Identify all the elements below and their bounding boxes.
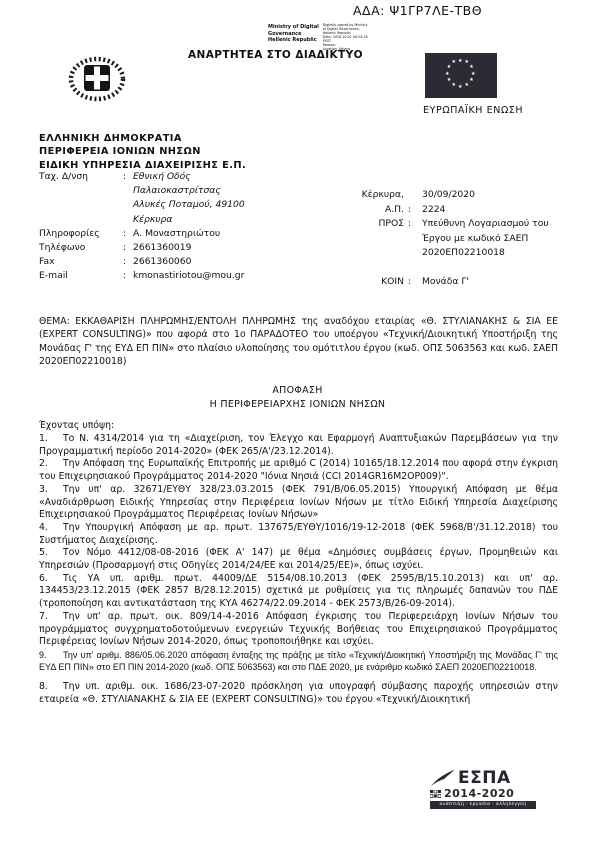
eu-star-icon: ★ <box>465 60 469 65</box>
info-value: Α. Μοναστηριώτου <box>133 227 293 241</box>
org-line-region: ΠΕΡΙΦΕΡΕΙΑ ΙΟΝΙΩΝ ΝΗΣΩΝ <box>39 145 246 158</box>
espa-swoosh-icon <box>430 769 456 787</box>
eu-star-icon: ★ <box>447 78 451 83</box>
colon-separator: : <box>408 217 422 261</box>
item-text: Την Απόφαση της Ευρωπαϊκής Επιτροπής με … <box>39 458 558 482</box>
item-text: Τις ΥΑ υπ. αριθμ. πρωτ. 44009/ΔΕ 5154/08… <box>39 573 558 609</box>
org-line-republic: ΕΛΛΗΝΙΚΗ ΔΗΜΟΚΡΑΤΙΑ <box>39 132 246 145</box>
item-text: Το Ν. 4314/2014 για τη «Διαχείριση, τον … <box>39 433 558 457</box>
eu-star-icon: ★ <box>458 59 462 64</box>
preamble-label: Έχοντας υπόψη: <box>39 420 114 431</box>
list-item: 9.Την υπ' αριθμ. 886/05.06.2020 απόφαση … <box>39 649 558 673</box>
address-line: Κέρκυρα <box>133 213 293 227</box>
eu-star-icon: ★ <box>452 83 456 88</box>
signature-authority-line: Ministry of Digital <box>268 24 319 31</box>
item-number: 1. <box>39 433 63 446</box>
eu-star-icon: ★ <box>445 72 449 77</box>
organisation-header: ΕΛΛΗΝΙΚΗ ΔΗΜΟΚΡΑΤΙΑ ΠΕΡΙΦΕΡΕΙΑ ΙΟΝΙΩΝ ΝΗ… <box>39 132 246 172</box>
protocol-block: Κέρκυρα, 30/09/2020 Α.Π. : 2224 ΠΡΟΣ : Υ… <box>338 188 562 289</box>
fax-value: 2661360060 <box>133 255 293 269</box>
list-item: 1.Το Ν. 4314/2014 για τη «Διαχείριση, το… <box>39 433 558 458</box>
greek-emblem-icon <box>68 56 126 106</box>
item-number: 7. <box>39 611 63 624</box>
eu-star-icon: ★ <box>469 65 473 70</box>
item-number: 9. <box>39 649 63 661</box>
posted-on-internet-notice: ΑΝΑΡΤΗΤΕΑ ΣΤΟ ΔΙΑΔΙΚΤΥΟ <box>188 49 363 61</box>
subject-paragraph: ΘΕΜΑ: ΕΚΚΑΘΑΡΙΣΗ ΠΛΗΡΩΜΗΣ/ΕΝΤΟΛΗ ΠΛΗΡΩΜΗ… <box>39 315 558 369</box>
colon-separator: : <box>123 255 133 269</box>
city-label: Κέρκυρα, <box>338 188 408 203</box>
email-label: E-mail <box>39 269 123 283</box>
list-item: 5.Τον Νόμο 4412/08-08-2016 (ΦΕΚ Α' 147) … <box>39 547 558 572</box>
ada-code: ΑΔΑ: Ψ1ΓΡ7ΛΕ-ΤΒΘ <box>353 3 482 18</box>
list-item: 7.Την υπ' αρ. πρωτ. οικ. 809/14-4-2016 Α… <box>39 611 558 649</box>
cc-label: ΚΟΙΝ <box>338 275 408 290</box>
to-value: Υπεύθυνη Λογαριασμού του Έργου με κωδικό… <box>422 217 562 261</box>
protocol-number-value: 2224 <box>422 203 562 218</box>
item-number: 5. <box>39 547 63 560</box>
eu-flag-caption: ΕΥΡΩΠΑΪΚΗ ΕΝΩΣΗ <box>423 105 523 116</box>
item-text: Την υπ. αριθμ. οικ. 1686/23-07-2020 πρόσ… <box>39 681 558 705</box>
espa-logo: ΕΣΠΑ 2014-2020 ανάπτυξη - εργασία - αλλη… <box>430 769 552 809</box>
address-line: Αλυκές Ποταμού, 49100 <box>133 198 293 212</box>
item-number: 3. <box>39 484 63 497</box>
decision-heading: ΑΠΟΦΑΣΗ Η ΠΕΡΙΦΕΡΕΙΑΡΧΗΣ ΙΟΝΙΩΝ ΝΗΣΩΝ <box>0 384 595 412</box>
colon-separator: : <box>123 170 133 184</box>
item-number: 6. <box>39 573 63 586</box>
signature-details: Digitally signed by Ministry of Digital … <box>323 24 368 52</box>
info-label: Πληροφορίες <box>39 227 123 241</box>
address-label: Ταχ. Δ/νση <box>39 170 123 184</box>
digital-signature-stamp: Ministry of Digital Governance Hellenic … <box>268 24 368 52</box>
item-number: 2. <box>39 458 63 471</box>
espa-period: 2014-2020 <box>444 788 514 799</box>
address-line: Εθνική Οδός <box>133 170 293 184</box>
protocol-number-label: Α.Π. <box>338 203 408 218</box>
espa-grid-icon <box>430 790 441 798</box>
item-number: 4. <box>39 522 63 535</box>
item-text: Τον Νόμο 4412/08-08-2016 (ΦΕΚ Α' 147) με… <box>39 547 558 571</box>
document-date: 30/09/2020 <box>422 188 562 203</box>
list-item: 8.Την υπ. αριθμ. οικ. 1686/23-07-2020 πρ… <box>39 681 558 706</box>
considerations-list: 1.Το Ν. 4314/2014 για τη «Διαχείριση, το… <box>39 433 558 707</box>
item-text: Την υπ' αρ. πρωτ. οικ. 809/14-4-2016 Από… <box>39 611 558 647</box>
list-item: 3.Την υπ' αρ. 32671/ΕΥΘΥ 328/23.03.2015 … <box>39 484 558 522</box>
colon-separator: : <box>123 269 133 283</box>
eu-star-icon: ★ <box>458 85 462 90</box>
espa-tagline: ανάπτυξη - εργασία - αλληλεγγύη <box>430 801 536 809</box>
eu-star-icon: ★ <box>465 83 469 88</box>
list-item: 6.Τις ΥΑ υπ. αριθμ. πρωτ. 44009/ΔΕ 5154/… <box>39 573 558 611</box>
item-text: Την υπ' αριθμ. 886/05.06.2020 απόφαση έν… <box>39 650 558 672</box>
colon-separator: : <box>408 203 422 218</box>
fax-label: Fax <box>39 255 123 269</box>
phone-label: Τηλέφωνο <box>39 241 123 255</box>
cc-value: Μονάδα Γ' <box>422 275 562 290</box>
list-item: 4.Την Υπουργική Απόφαση με αρ. πρωτ. 137… <box>39 522 558 547</box>
to-label: ΠΡΟΣ <box>338 217 408 261</box>
decision-title: ΑΠΟΦΑΣΗ <box>0 384 595 398</box>
eu-star-icon: ★ <box>471 72 475 77</box>
email-value: kmonastiriotou@mou.gr <box>133 269 293 283</box>
address-line: Παλαιοκαστρίτσας <box>133 184 293 198</box>
signature-authority-line: Hellenic Republic <box>268 37 319 44</box>
eu-star-icon: ★ <box>447 65 451 70</box>
item-number: 8. <box>39 681 63 694</box>
colon-separator: : <box>123 241 133 255</box>
signature-authority: Ministry of Digital Governance Hellenic … <box>268 24 319 52</box>
item-text: Την Υπουργική Απόφαση με αρ. πρωτ. 13767… <box>39 522 558 546</box>
decision-subtitle: Η ΠΕΡΙΦΕΡΕΙΑΡΧΗΣ ΙΟΝΙΩΝ ΝΗΣΩΝ <box>0 398 595 412</box>
eu-star-icon: ★ <box>452 60 456 65</box>
list-item: 2.Την Απόφαση της Ευρωπαϊκής Επιτροπής μ… <box>39 458 558 483</box>
eu-star-icon: ★ <box>469 78 473 83</box>
contact-block: Ταχ. Δ/νση : Εθνική Οδός Παλαιοκαστρίτσα… <box>39 170 293 284</box>
phone-value: 2661360019 <box>133 241 293 255</box>
item-text: Την υπ' αρ. 32671/ΕΥΘΥ 328/23.03.2015 (Φ… <box>39 484 558 520</box>
colon-separator: : <box>408 275 422 290</box>
eu-flag-icon: ★ ★ ★ ★ ★ ★ ★ ★ ★ ★ ★ ★ <box>425 53 497 98</box>
colon-separator: : <box>123 227 133 241</box>
espa-name: ΕΣΠΑ <box>458 770 511 787</box>
